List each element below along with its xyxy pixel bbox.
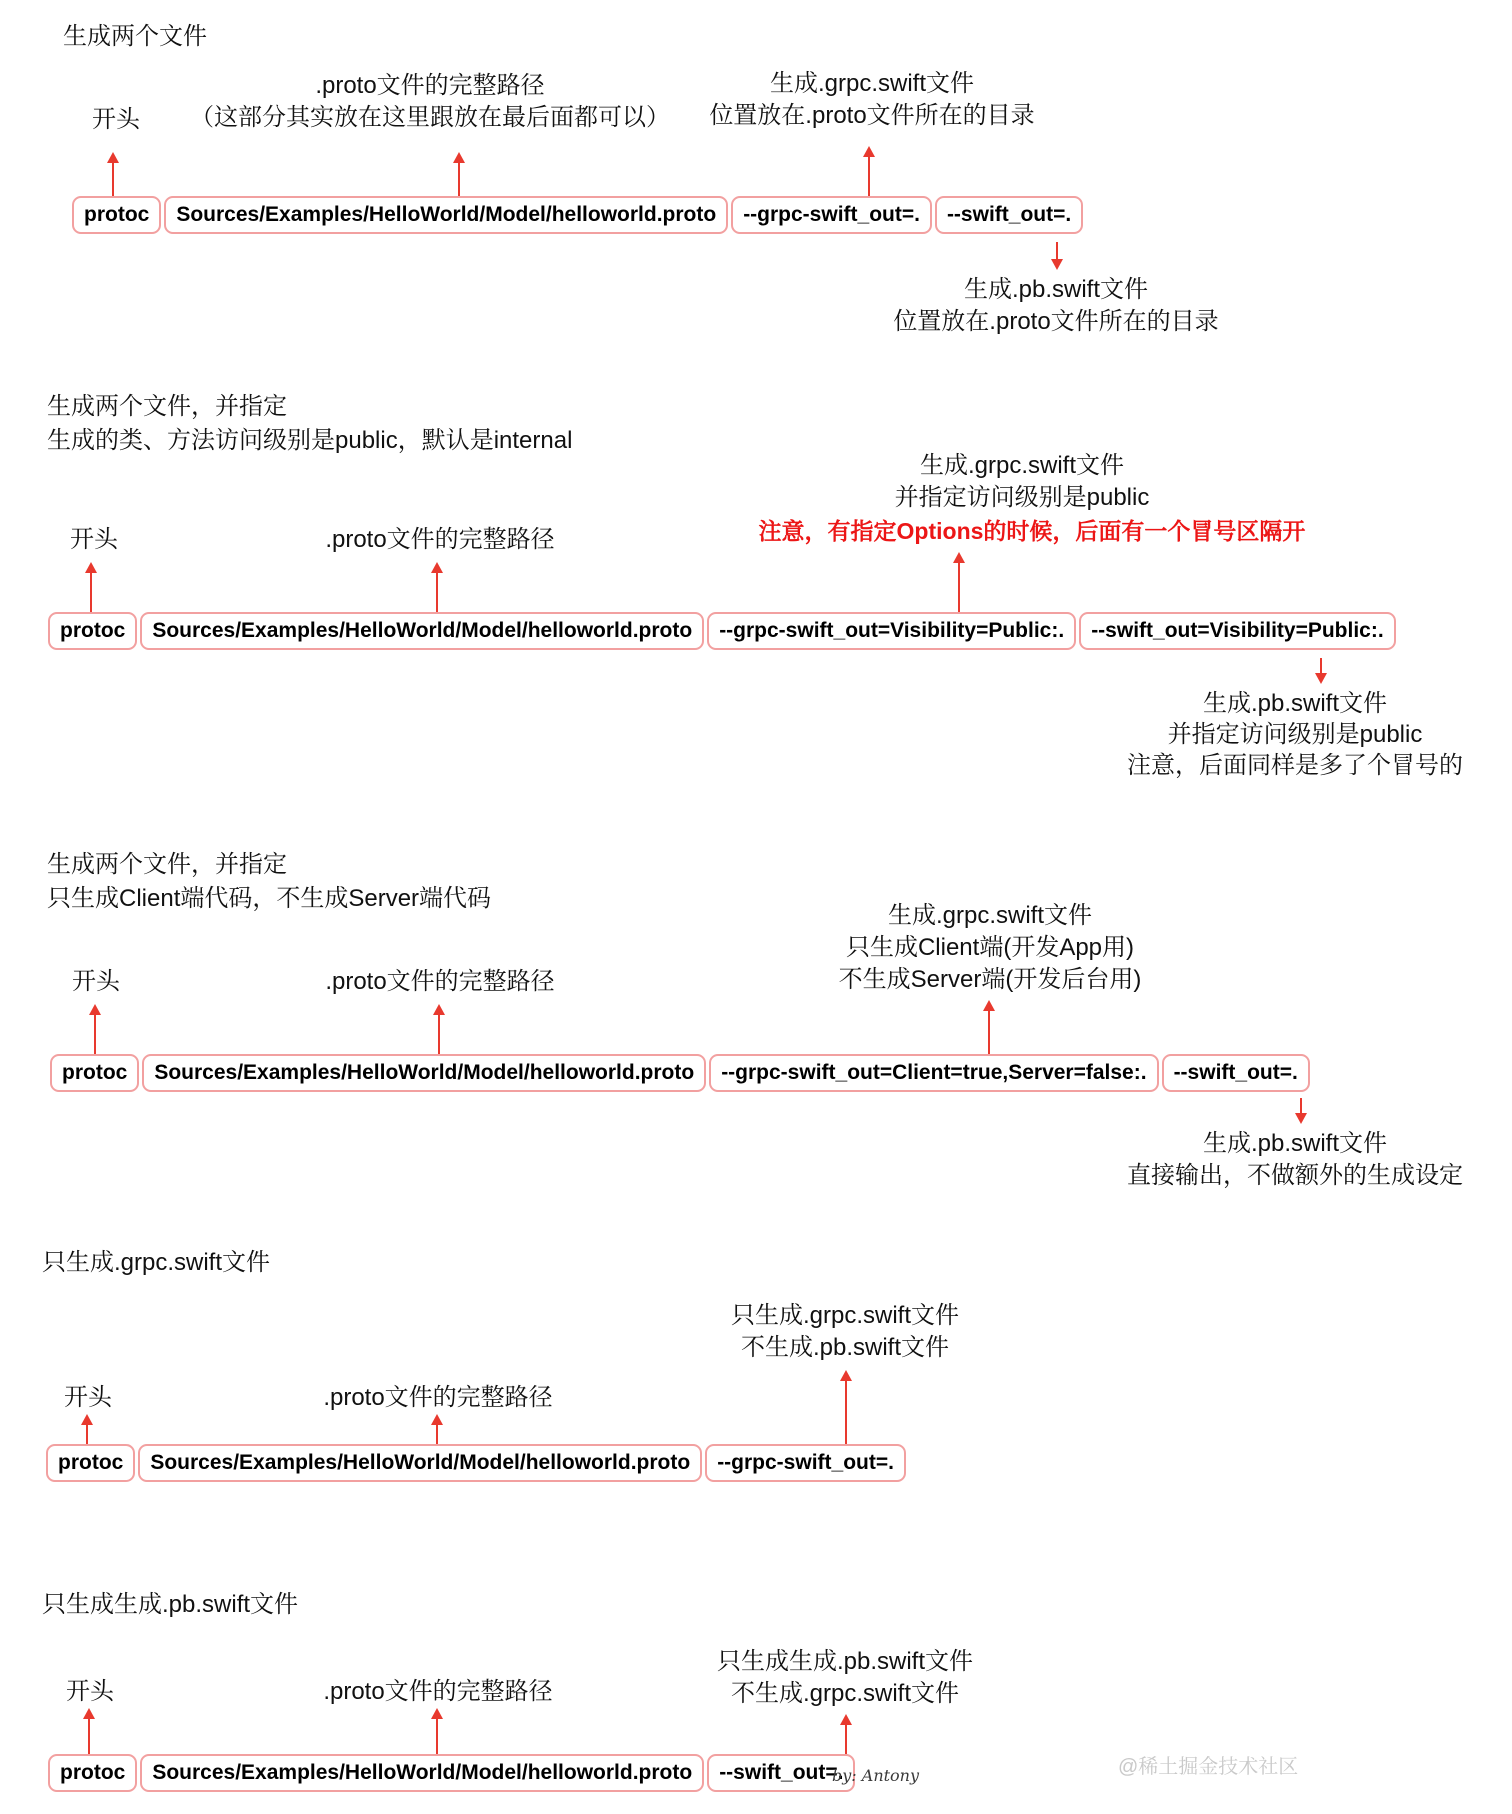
- grpc-output-note: 生成.grpc.swift文件 位置放在.proto文件所在的目录: [672, 68, 1072, 132]
- diagram-canvas: 生成两个文件 开头 .proto文件的完整路径 （这部分其实放在这里跟放在最后面…: [0, 0, 1512, 1814]
- arrow-up-icon: [438, 1014, 440, 1054]
- arrow-up-icon: [436, 1718, 438, 1754]
- pb-output-note: 生成.pb.swift文件 位置放在.proto文件所在的目录: [836, 274, 1276, 338]
- arrow-up-icon: [86, 1424, 88, 1444]
- grpc-output-note-line: 并指定访问级别是public: [822, 482, 1222, 514]
- section-1-title-line: 生成两个文件: [63, 20, 207, 54]
- section-3-title-line: 只生成Client端代码，不生成Server端代码: [47, 882, 491, 916]
- arrow-up-icon: [845, 1724, 847, 1754]
- command-box-swift-out: --swift_out=Visibility=Public:.: [1079, 612, 1396, 650]
- command-box-proto-path: Sources/Examples/HelloWorld/Model/hellow…: [138, 1444, 702, 1482]
- arrow-up-icon: [88, 1718, 90, 1754]
- section-2-title-line: 生成的类、方法访问级别是public，默认是internal: [47, 424, 572, 458]
- section-3-title: 生成两个文件，并指定 只生成Client端代码，不生成Server端代码: [47, 848, 491, 916]
- section-4-title-line: 只生成.grpc.swift文件: [42, 1246, 270, 1280]
- grpc-output-note: 只生成.grpc.swift文件 不生成.pb.swift文件: [645, 1300, 1045, 1364]
- command-row: protoc Sources/Examples/HelloWorld/Model…: [50, 1054, 1310, 1092]
- path-label-line: .proto文件的完整路径: [238, 1676, 638, 1708]
- community-watermark: @稀土掘金技术社区: [1118, 1750, 1298, 1779]
- section-2-title: 生成两个文件，并指定 生成的类、方法访问级别是public，默认是interna…: [47, 390, 572, 458]
- command-box-swift-out: --swift_out=.: [935, 196, 1083, 234]
- arrow-up-icon: [458, 162, 460, 196]
- arrow-down-icon: [1056, 242, 1058, 260]
- grpc-output-note-line: 只生成Client端(开发App用): [790, 932, 1190, 964]
- command-box-swift-out: --swift_out=.: [1162, 1054, 1310, 1092]
- command-box-proto-path: Sources/Examples/HelloWorld/Model/hellow…: [140, 612, 704, 650]
- colon-warning-note: 注意，有指定Options的时候，后面有一个冒号区隔开: [632, 516, 1432, 546]
- pb-only-note-line: 不生成.grpc.swift文件: [645, 1678, 1045, 1710]
- pb-output-note-line: 直接输出，不做额外的生成设定: [1075, 1160, 1512, 1192]
- section-4-title: 只生成.grpc.swift文件: [42, 1246, 270, 1280]
- start-label: 开头: [44, 524, 144, 556]
- path-label: .proto文件的完整路径: [240, 524, 640, 556]
- grpc-output-note-line: 位置放在.proto文件所在的目录: [672, 100, 1072, 132]
- grpc-output-note-line: 只生成.grpc.swift文件: [645, 1300, 1045, 1332]
- command-box-protoc: protoc: [50, 1054, 139, 1092]
- command-box-proto-path: Sources/Examples/HelloWorld/Model/hellow…: [164, 196, 728, 234]
- start-label: 开头: [66, 104, 166, 136]
- pb-output-note: 生成.pb.swift文件 并指定访问级别是public 注意，后面同样是多了个…: [1080, 688, 1510, 781]
- arrow-up-icon: [436, 572, 438, 612]
- path-label-line: .proto文件的完整路径: [240, 524, 640, 556]
- grpc-output-note: 生成.grpc.swift文件 并指定访问级别是public: [822, 450, 1222, 514]
- command-row: protoc Sources/Examples/HelloWorld/Model…: [48, 1754, 855, 1792]
- path-label: .proto文件的完整路径: [238, 1382, 638, 1414]
- pb-output-note-line: 生成.pb.swift文件: [1080, 688, 1510, 719]
- pb-only-note: 只生成生成.pb.swift文件 不生成.grpc.swift文件: [645, 1646, 1045, 1710]
- arrow-up-icon: [90, 572, 92, 612]
- path-label-line: （这部分其实放在这里跟放在最后面都可以）: [180, 102, 680, 134]
- section-2-title-line: 生成两个文件，并指定: [47, 390, 572, 424]
- section-5-title: 只生成生成.pb.swift文件: [42, 1588, 298, 1622]
- arrow-up-icon: [94, 1014, 96, 1054]
- command-box-grpc-swift-out: --grpc-swift_out=.: [705, 1444, 906, 1482]
- grpc-output-note-line: 生成.grpc.swift文件: [672, 68, 1072, 100]
- path-label: .proto文件的完整路径: [238, 1676, 638, 1708]
- arrow-up-icon: [845, 1380, 847, 1444]
- command-box-protoc: protoc: [48, 612, 137, 650]
- arrow-up-icon: [436, 1424, 438, 1444]
- arrow-up-icon: [988, 1010, 990, 1054]
- command-box-proto-path: Sources/Examples/HelloWorld/Model/hellow…: [142, 1054, 706, 1092]
- arrow-up-icon: [112, 162, 114, 196]
- start-label: 开头: [46, 966, 146, 998]
- pb-output-note-line: 生成.pb.swift文件: [836, 274, 1276, 306]
- command-box-grpc-swift-out: --grpc-swift_out=Client=true,Server=fals…: [709, 1054, 1158, 1092]
- grpc-output-note: 生成.grpc.swift文件 只生成Client端(开发App用) 不生成Se…: [790, 900, 1190, 996]
- arrow-down-icon: [1320, 658, 1322, 674]
- command-box-protoc: protoc: [72, 196, 161, 234]
- arrow-up-icon: [868, 156, 870, 196]
- command-box-protoc: protoc: [46, 1444, 135, 1482]
- grpc-output-note-line: 生成.grpc.swift文件: [822, 450, 1222, 482]
- author-signature: by: Antony: [832, 1766, 919, 1785]
- command-row: protoc Sources/Examples/HelloWorld/Model…: [46, 1444, 906, 1482]
- arrow-down-icon: [1300, 1098, 1302, 1114]
- command-box-grpc-swift-out: --grpc-swift_out=.: [731, 196, 932, 234]
- pb-output-note-line: 注意，后面同样是多了个冒号的: [1080, 750, 1510, 781]
- pb-only-note-line: 只生成生成.pb.swift文件: [645, 1646, 1045, 1678]
- path-label: .proto文件的完整路径 （这部分其实放在这里跟放在最后面都可以）: [180, 70, 680, 134]
- path-label: .proto文件的完整路径: [240, 966, 640, 998]
- pb-output-note: 生成.pb.swift文件 直接输出，不做额外的生成设定: [1075, 1128, 1512, 1192]
- start-label: 开头: [38, 1382, 138, 1414]
- section-3-title-line: 生成两个文件，并指定: [47, 848, 491, 882]
- command-row: protoc Sources/Examples/HelloWorld/Model…: [48, 612, 1396, 650]
- path-label-line: .proto文件的完整路径: [238, 1382, 638, 1414]
- pb-output-note-line: 并指定访问级别是public: [1080, 719, 1510, 750]
- pb-output-note-line: 位置放在.proto文件所在的目录: [836, 306, 1276, 338]
- grpc-output-note-line: 不生成.pb.swift文件: [645, 1332, 1045, 1364]
- section-1-title: 生成两个文件: [63, 20, 207, 54]
- start-label: 开头: [40, 1676, 140, 1708]
- pb-output-note-line: 生成.pb.swift文件: [1075, 1128, 1512, 1160]
- command-box-proto-path: Sources/Examples/HelloWorld/Model/hellow…: [140, 1754, 704, 1792]
- section-5-title-line: 只生成生成.pb.swift文件: [42, 1588, 298, 1622]
- command-row: protoc Sources/Examples/HelloWorld/Model…: [72, 196, 1083, 234]
- arrow-up-icon: [958, 562, 960, 612]
- command-box-protoc: protoc: [48, 1754, 137, 1792]
- grpc-output-note-line: 不生成Server端(开发后台用): [790, 964, 1190, 996]
- command-box-grpc-swift-out: --grpc-swift_out=Visibility=Public:.: [707, 612, 1076, 650]
- path-label-line: .proto文件的完整路径: [240, 966, 640, 998]
- grpc-output-note-line: 生成.grpc.swift文件: [790, 900, 1190, 932]
- path-label-line: .proto文件的完整路径: [180, 70, 680, 102]
